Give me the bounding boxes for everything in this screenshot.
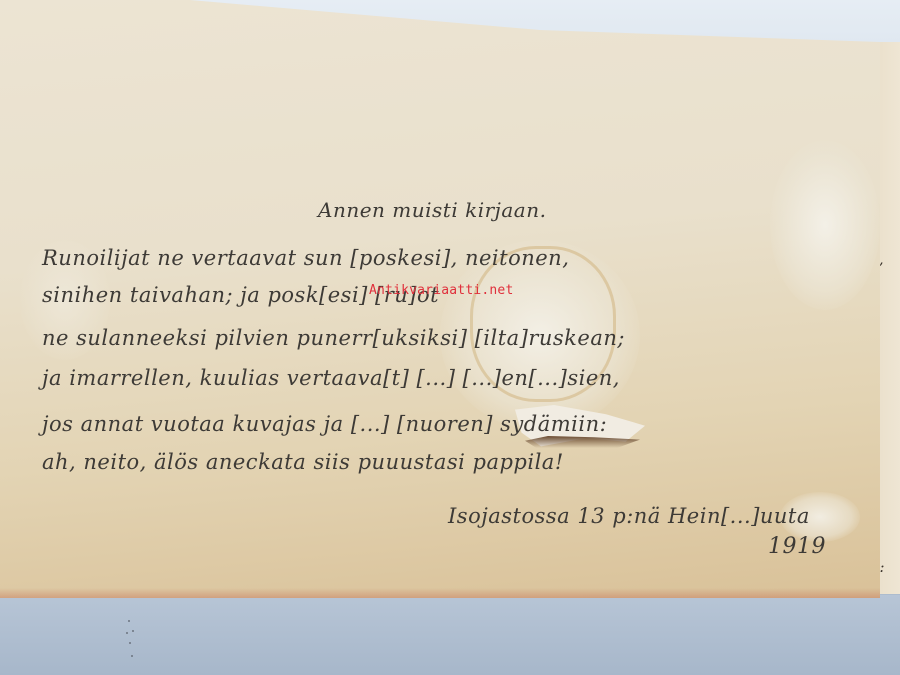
poem-line-3: ne sulanneeksi pilvien punerr[uksiksi] [… bbox=[42, 326, 625, 350]
signature-year: 1919 bbox=[768, 534, 826, 559]
poem-line-6: ah, neito, älös aneckata siis puuustasi … bbox=[42, 450, 564, 474]
watermark: Antikvariaatti.net bbox=[369, 283, 513, 298]
water-stain-right bbox=[770, 140, 880, 310]
poem-line-4: ja imarrellen, kuulias vertaava[t] [...]… bbox=[42, 366, 620, 390]
poem-line-5: jos annat vuotaa kuvajas ja [...] [nuore… bbox=[42, 412, 607, 436]
poem-line-1: Runoilijat ne vertaavat sun [poskesi], n… bbox=[42, 246, 569, 270]
signature-place-date: Isojastossa 13 p:nä Hein[...]uuta bbox=[448, 504, 810, 528]
poem-heading: Annen muisti kirjaan. bbox=[318, 198, 546, 222]
page-bottom-edge bbox=[0, 588, 880, 598]
dust-specks bbox=[126, 620, 140, 660]
